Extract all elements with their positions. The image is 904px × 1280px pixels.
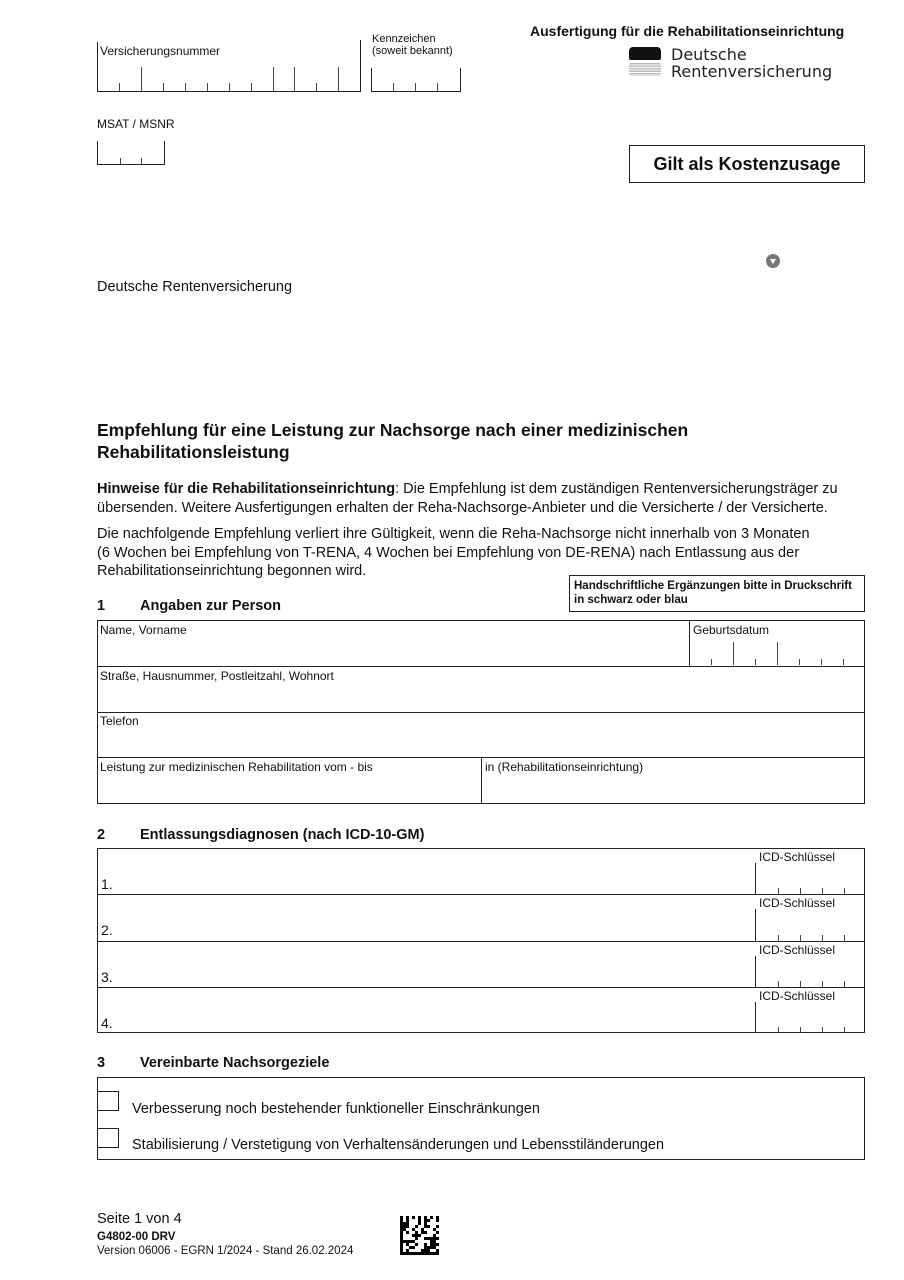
- copy-for-label: Ausfertigung für die Rehabilitationseinr…: [530, 23, 844, 39]
- section3-heading: 3Vereinbarte Nachsorgeziele: [97, 1055, 329, 1071]
- recipient-address: Deutsche Rentenversicherung: [97, 279, 292, 295]
- kennzeichen-label: Kennzeichen (soweit bekannt): [372, 33, 453, 57]
- name-label: Name, Vorname: [100, 623, 187, 637]
- hint-line1: : Die Empfehlung ist dem zuständigen Ren…: [395, 481, 838, 497]
- chevron-down-circle-icon[interactable]: [766, 254, 780, 268]
- msat-label: MSAT / MSNR: [97, 117, 175, 131]
- icd-key-field[interactable]: [755, 863, 866, 894]
- logo-line2: Rentenversicherung: [671, 63, 832, 80]
- icd-key-label: ICD-Schlüssel: [759, 850, 835, 864]
- diagnosis-field[interactable]: [98, 942, 754, 986]
- diagnosis-index: 2.: [101, 922, 113, 938]
- drv-logo-text: Deutsche Rentenversicherung: [671, 46, 832, 80]
- section2-heading: 2Entlassungsdiagnosen (nach ICD-10-GM): [97, 827, 424, 843]
- phone-field[interactable]: [98, 713, 864, 756]
- validity-paragraph: Die nachfolgende Empfehlung verliert ihr…: [97, 525, 877, 581]
- icd-key-label: ICD-Schlüssel: [759, 989, 835, 1003]
- goal-checkbox-1[interactable]: [97, 1091, 119, 1111]
- diagnosis-field[interactable]: [98, 988, 754, 1032]
- title-line2: Rehabilitationsleistung: [97, 441, 877, 463]
- icd-key-label: ICD-Schlüssel: [759, 943, 835, 957]
- goal-label-2: Stabilisierung / Verstetigung von Verhal…: [132, 1137, 664, 1153]
- hint-bold: Hinweise für die Rehabilitationseinricht…: [97, 481, 395, 497]
- section2-number: 2: [97, 827, 140, 843]
- handwriting-note-line2: in schwarz oder blau: [574, 593, 860, 607]
- diagnosis-field[interactable]: [98, 895, 754, 939]
- section1-title: Angaben zur Person: [140, 598, 281, 614]
- goal-checkbox-2[interactable]: [97, 1128, 119, 1148]
- title-line1: Empfehlung für eine Leistung zur Nachsor…: [97, 419, 877, 441]
- birthdate-label: Geburtsdatum: [693, 623, 769, 637]
- section2-title: Entlassungsdiagnosen (nach ICD-10-GM): [140, 827, 424, 843]
- section3-number: 3: [97, 1055, 140, 1071]
- drv-logo-icon: [629, 47, 661, 76]
- section1-number: 1: [97, 598, 140, 614]
- diagnosis-index: 3.: [101, 969, 113, 985]
- versicherungsnummer-field[interactable]: [97, 40, 361, 92]
- icd-key-field[interactable]: [755, 1002, 866, 1033]
- document-title: Empfehlung für eine Leistung zur Nachsor…: [97, 419, 877, 463]
- handwriting-note: Handschriftliche Ergänzungen bitte in Dr…: [569, 575, 865, 612]
- form-version: Version 06006 - EGRN 1/2024 - Stand 26.0…: [97, 1245, 353, 1257]
- hint-paragraph: Hinweise für die Rehabilitationseinricht…: [97, 480, 877, 517]
- icd-key-field[interactable]: [755, 909, 866, 940]
- section3-title: Vereinbarte Nachsorgeziele: [140, 1055, 329, 1071]
- page-indicator: Seite 1 von 4: [97, 1211, 182, 1227]
- phone-label: Telefon: [100, 714, 139, 728]
- hint-line2: übersenden. Weitere Ausfertigungen erhal…: [97, 499, 877, 518]
- icd-key-label: ICD-Schlüssel: [759, 896, 835, 910]
- msat-field[interactable]: [97, 141, 165, 165]
- logo-line1: Deutsche: [671, 46, 832, 63]
- validity-line1: Die nachfolgende Empfehlung verliert ihr…: [97, 525, 877, 544]
- datamatrix-code-icon: [400, 1216, 439, 1255]
- kennzeichen-label-line1: Kennzeichen: [372, 33, 453, 45]
- rehab-period-label: Leistung zur medizinischen Rehabilitatio…: [100, 760, 373, 774]
- diagnosis-index: 1.: [101, 876, 113, 892]
- section1-heading: 1Angaben zur Person: [97, 598, 281, 614]
- kennzeichen-label-line2: (soweit bekannt): [372, 45, 453, 57]
- diagnosis-index: 4.: [101, 1015, 113, 1031]
- validity-line2: (6 Wochen bei Empfehlung von T-RENA, 4 W…: [97, 544, 877, 563]
- handwriting-note-line1: Handschriftliche Ergänzungen bitte in Dr…: [574, 579, 860, 593]
- kennzeichen-field[interactable]: [371, 68, 461, 92]
- rehab-facility-label: in (Rehabilitationseinrichtung): [485, 760, 643, 774]
- form-id: G4802-00 DRV: [97, 1231, 175, 1243]
- address-label: Straße, Hausnummer, Postleitzahl, Wohnor…: [100, 669, 334, 683]
- diagnosis-field[interactable]: [98, 849, 754, 893]
- goal-label-1: Verbesserung noch bestehender funktionel…: [132, 1101, 540, 1117]
- icd-key-field[interactable]: [755, 956, 866, 987]
- kostenzusage-box: Gilt als Kostenzusage: [629, 145, 865, 183]
